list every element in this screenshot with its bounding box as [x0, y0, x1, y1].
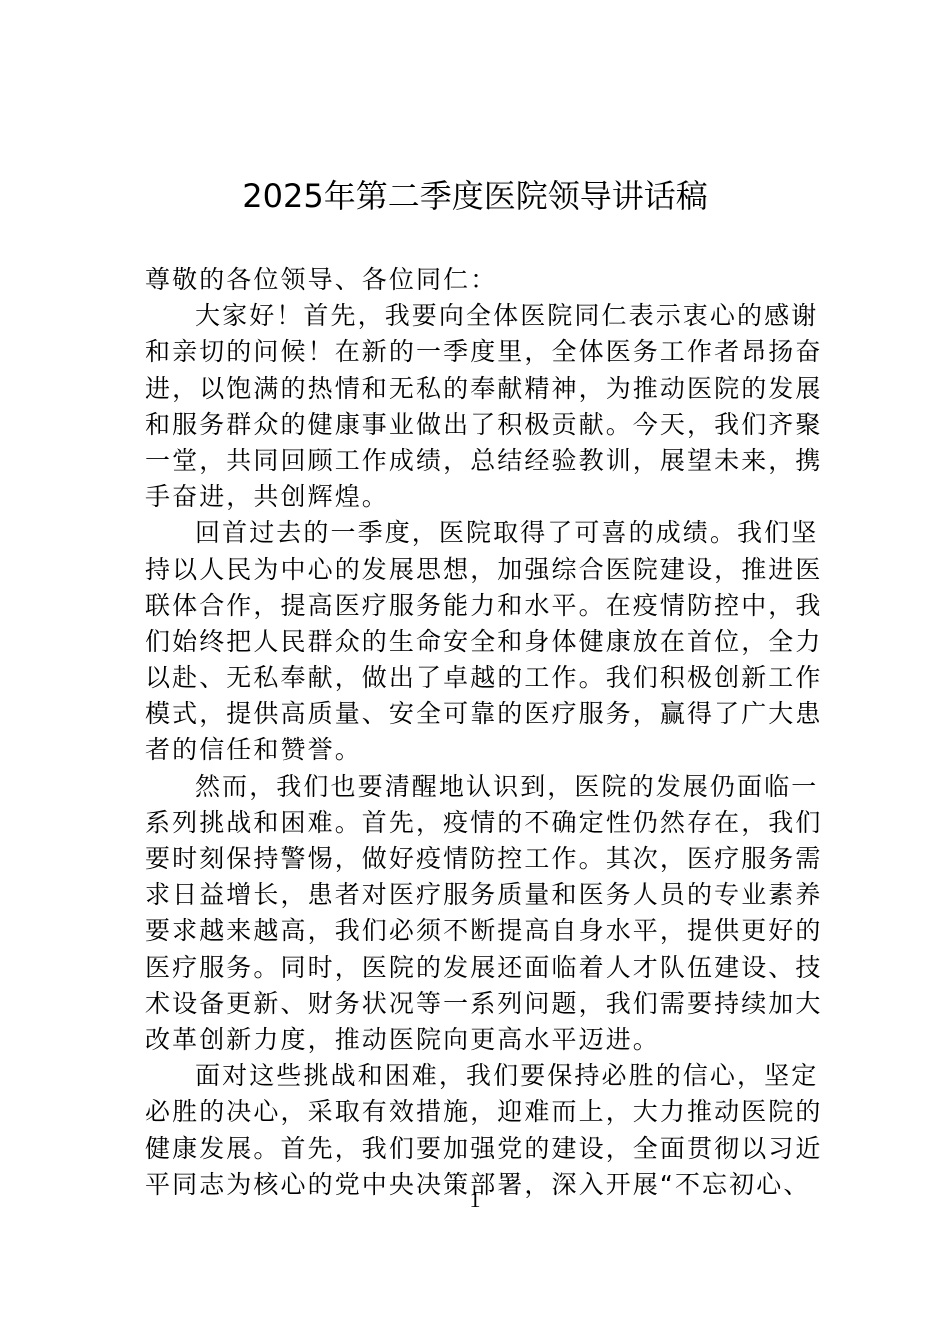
salutation: 尊敬的各位领导、各位同仁： [145, 262, 807, 298]
paragraph-line: 求日益增长，患者对医疗服务质量和医务人员的专业素养 [145, 877, 807, 913]
paragraph-1: 大家好！首先，我要向全体医院同仁表示衷心的感谢 和亲切的问候！在新的一季度里，全… [145, 298, 807, 515]
paragraph-line: 们始终把人民群众的生命安全和身体健康放在首位，全力 [145, 624, 807, 660]
paragraph-4: 面对这些挑战和困难，我们要保持必胜的信心，坚定 必胜的决心，采取有效措施，迎难而… [145, 1058, 807, 1203]
paragraph-3: 然而，我们也要清醒地认识到，医院的发展仍面临一 系列挑战和困难。首先，疫情的不确… [145, 769, 807, 1059]
paragraph-line: 医疗服务。同时，医院的发展还面临着人才队伍建设、技 [145, 950, 807, 986]
paragraph-line: 改革创新力度，推动医院向更高水平迈进。 [145, 1022, 807, 1058]
paragraph-line: 一堂，共同回顾工作成绩，总结经验教训，展望未来，携 [145, 443, 807, 479]
paragraph-line: 要时刻保持警惕，做好疫情防控工作。其次，医疗服务需 [145, 841, 807, 877]
document-body: 尊敬的各位领导、各位同仁： 大家好！首先，我要向全体医院同仁表示衷心的感谢 和亲… [145, 262, 807, 1203]
paragraph-line: 面对这些挑战和困难，我们要保持必胜的信心，坚定 [145, 1058, 807, 1094]
paragraph-line: 要求越来越高，我们必须不断提高自身水平，提供更好的 [145, 913, 807, 949]
paragraph-line: 和服务群众的健康事业做出了积极贡献。今天，我们齐聚 [145, 407, 807, 443]
paragraph-line: 者的信任和赞誉。 [145, 732, 807, 768]
paragraph-line: 持以人民为中心的发展思想，加强综合医院建设，推进医 [145, 552, 807, 588]
paragraph-line: 手奋进，共创辉煌。 [145, 479, 807, 515]
paragraph-line: 健康发展。首先，我们要加强党的建设，全面贯彻以习近 [145, 1131, 807, 1167]
page-number: 1 [0, 1187, 950, 1213]
document-title: 2025年第二季度医院领导讲话稿 [0, 172, 950, 220]
document-page: 2025年第二季度医院领导讲话稿 尊敬的各位领导、各位同仁： 大家好！首先，我要… [0, 0, 950, 1344]
paragraph-line: 和亲切的问候！在新的一季度里，全体医务工作者昂扬奋 [145, 334, 807, 370]
paragraph-line: 大家好！首先，我要向全体医院同仁表示衷心的感谢 [145, 298, 807, 334]
paragraph-line: 联体合作，提高医疗服务能力和水平。在疫情防控中，我 [145, 588, 807, 624]
paragraph-line: 回首过去的一季度，医院取得了可喜的成绩。我们坚 [145, 515, 807, 551]
paragraph-line: 然而，我们也要清醒地认识到，医院的发展仍面临一 [145, 769, 807, 805]
paragraph-line: 必胜的决心，采取有效措施，迎难而上，大力推动医院的 [145, 1094, 807, 1130]
paragraph-line: 系列挑战和困难。首先，疫情的不确定性仍然存在，我们 [145, 805, 807, 841]
paragraph-line: 模式，提供高质量、安全可靠的医疗服务，赢得了广大患 [145, 696, 807, 732]
paragraph-line: 进，以饱满的热情和无私的奉献精神，为推动医院的发展 [145, 371, 807, 407]
paragraph-line: 以赴、无私奉献，做出了卓越的工作。我们积极创新工作 [145, 660, 807, 696]
paragraph-2: 回首过去的一季度，医院取得了可喜的成绩。我们坚 持以人民为中心的发展思想，加强综… [145, 515, 807, 768]
paragraph-line: 术设备更新、财务状况等一系列问题，我们需要持续加大 [145, 986, 807, 1022]
